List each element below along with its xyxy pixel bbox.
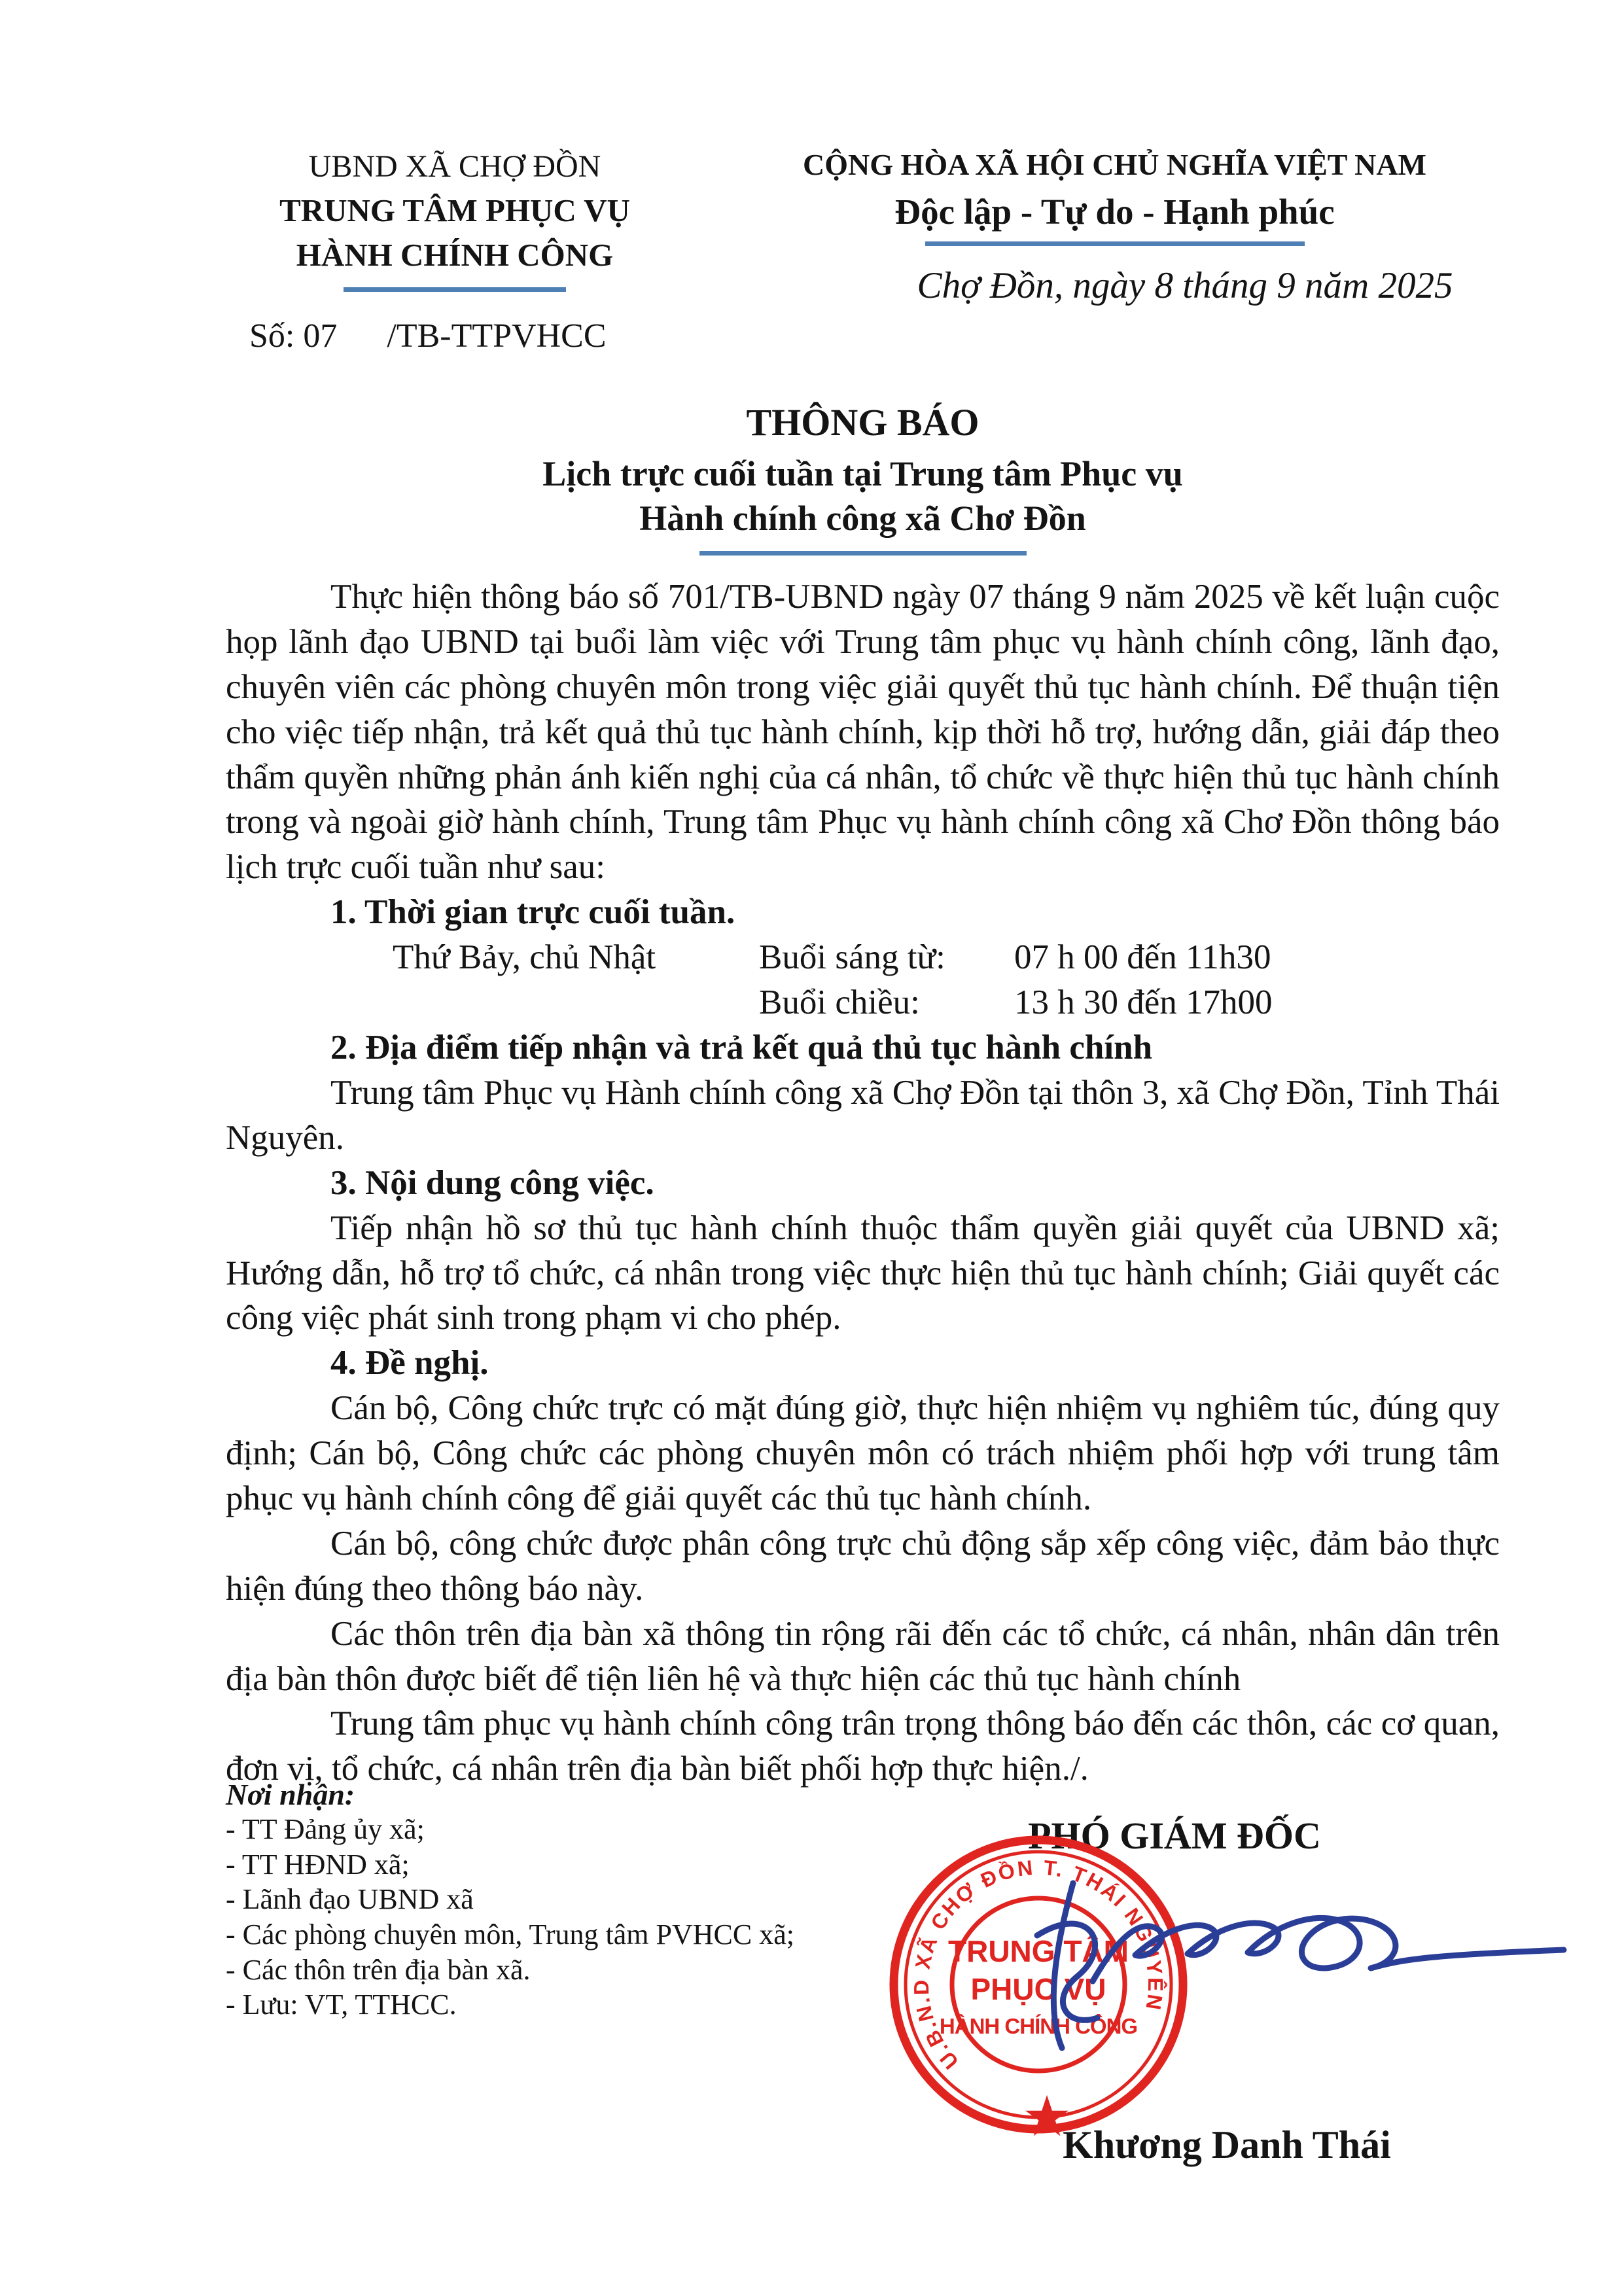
stamp-star-icon: ★ [1021,2085,1072,2138]
signature [1011,1857,1587,2073]
org-name-line2: HÀNH CHÍNH CÔNG [226,233,684,277]
schedule-morning-label: Buổi sáng từ: [759,935,945,980]
section-4-paragraph-2: Cán bộ, công chức được phân công trực ch… [226,1521,1500,1612]
document-subtitle-line2: Hành chính công xã Chơ Đồn [226,497,1500,541]
schedule-morning-time: 07 h 00 đến 11h30 [1014,935,1271,980]
schedule-afternoon-time: 13 h 30 đến 17h00 [1014,980,1273,1025]
document-subtitle-line1: Lịch trực cuối tuần tại Trung tâm Phục v… [226,452,1500,497]
section-4-paragraph-3: Các thôn trên địa bàn xã thông tin rộng … [226,1612,1500,1702]
section-4-paragraph-1: Cán bộ, Công chức trực có mặt đúng giờ, … [226,1386,1500,1521]
document-page: UBND XÃ CHỢ ĐỒN TRUNG TÂM PHỤC VỤ HÀNH C… [0,0,1624,2296]
schedule-afternoon-label: Buổi chiều: [759,980,920,1025]
section-2-heading: 2. Địa điểm tiếp nhận và trả kết quả thủ… [226,1025,1500,1070]
org-parent-name: UBND XÃ CHỢ ĐỒN [226,145,684,188]
document-body: Thực hiện thông báo số 701/TB-UBND ngày … [226,574,1500,1792]
schedule-row-afternoon: Buổi chiều: 13 h 30 đến 17h00 [226,980,1500,1025]
document-number-prefix: Số: 07 [249,317,337,355]
letterhead: UBND XÃ CHỢ ĐỒN TRUNG TÂM PHỤC VỤ HÀNH C… [226,145,1500,355]
org-name-line1: TRUNG TÂM PHỤC VỤ [226,188,684,233]
title-block: THÔNG BÁO Lịch trực cuối tuần tại Trung … [226,400,1500,556]
section-1-heading: 1. Thời gian trực cuối tuần. [226,890,1500,935]
document-number-suffix: /TB-TTPVHCC [387,317,606,355]
issue-place-date: Chợ Đồn, ngày 8 tháng 9 năm 2025 [730,264,1500,307]
section-3-paragraph: Tiếp nhận hồ sơ thủ tục hành chính thuộc… [226,1206,1500,1341]
national-motto: Độc lập - Tự do - Hạnh phúc [730,191,1500,232]
title-divider [699,551,1027,556]
recipients-label: Nơi nhận: [226,1777,1500,1812]
schedule-row-morning: Thứ Bảy, chủ Nhật Buổi sáng từ: 07 h 00 … [226,935,1500,980]
schedule-days: Thứ Bảy, chủ Nhật [393,935,656,980]
org-divider [344,287,566,292]
document-number: Số: 07/TB-TTPVHCC [226,317,684,355]
section-4-heading: 4. Đề nghị. [226,1341,1500,1386]
document-title: THÔNG BÁO [226,400,1500,444]
org-block: UBND XÃ CHỢ ĐỒN TRUNG TÂM PHỤC VỤ HÀNH C… [226,145,684,355]
national-title: CỘNG HÒA XÃ HỘI CHỦ NGHĨA VIỆT NAM [730,145,1500,185]
national-block: CỘNG HÒA XÃ HỘI CHỦ NGHĨA VIỆT NAM Độc l… [684,145,1500,355]
motto-divider [925,241,1305,246]
paragraph-intro: Thực hiện thông báo số 701/TB-UBND ngày … [226,574,1500,890]
section-3-heading: 3. Nội dung công việc. [226,1161,1500,1206]
section-2-paragraph: Trung tâm Phục vụ Hành chính công xã Chợ… [226,1070,1500,1161]
signature-scribble [1037,1883,1564,2048]
